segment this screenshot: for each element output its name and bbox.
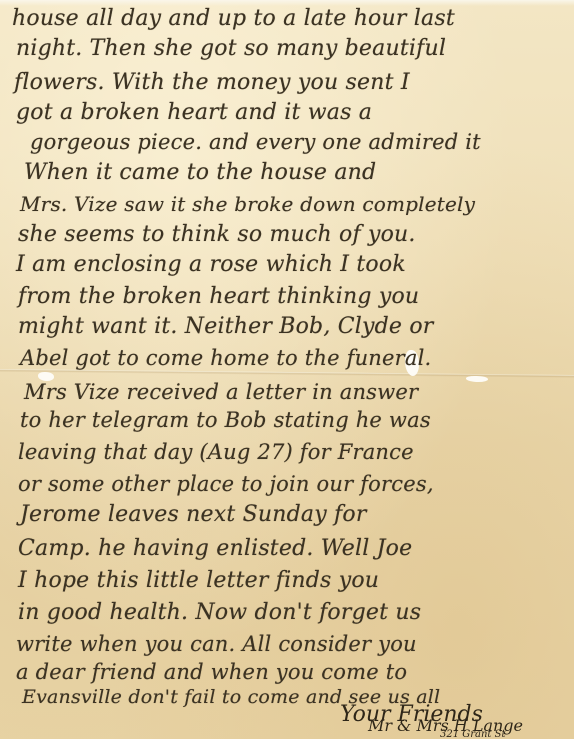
letter-line: or some other place to join our forces, — [18, 472, 434, 496]
letter-line: flowers. With the money you sent I — [14, 70, 410, 95]
paper-tear-hole — [466, 376, 488, 382]
letter-line: house all day and up to a late hour last — [12, 6, 455, 31]
letter-line: gorgeous piece. and every one admired it — [30, 130, 481, 154]
letter-line: Jerome leaves next Sunday for — [20, 502, 367, 527]
letter-line: got a broken heart and it was a — [16, 100, 372, 125]
letter-line: I hope this little letter finds you — [18, 568, 379, 593]
letter-line: Mrs. Vize saw it she broke down complete… — [20, 192, 475, 216]
letter-line: Mrs Vize received a letter in answer — [24, 380, 418, 404]
letter-line: I am enclosing a rose which I took — [16, 252, 406, 277]
letter-line: Abel got to come home to the funeral. — [20, 346, 431, 370]
letter-page: house all day and up to a late hour last… — [0, 0, 574, 739]
letter-line: night. Then she got so many beautiful — [16, 36, 446, 61]
letter-line: When it came to the house and — [24, 160, 376, 185]
letter-address: 321 Grant St — [440, 729, 506, 739]
paper-fold-crease — [0, 369, 574, 378]
letter-line: leaving that day (Aug 27) for France — [18, 440, 414, 464]
letter-line: Camp. he having enlisted. Well Joe — [18, 536, 412, 561]
letter-line: to her telegram to Bob stating he was — [20, 408, 431, 432]
letter-line: a dear friend and when you come to — [16, 660, 407, 684]
letter-line: might want it. Neither Bob, Clyde or — [18, 314, 433, 339]
letter-line: from the broken heart thinking you — [18, 284, 419, 309]
letter-line: in good health. Now don't forget us — [18, 600, 421, 625]
letter-line: write when you can. All consider you — [16, 632, 417, 656]
letter-line: she seems to think so much of you. — [18, 222, 416, 247]
